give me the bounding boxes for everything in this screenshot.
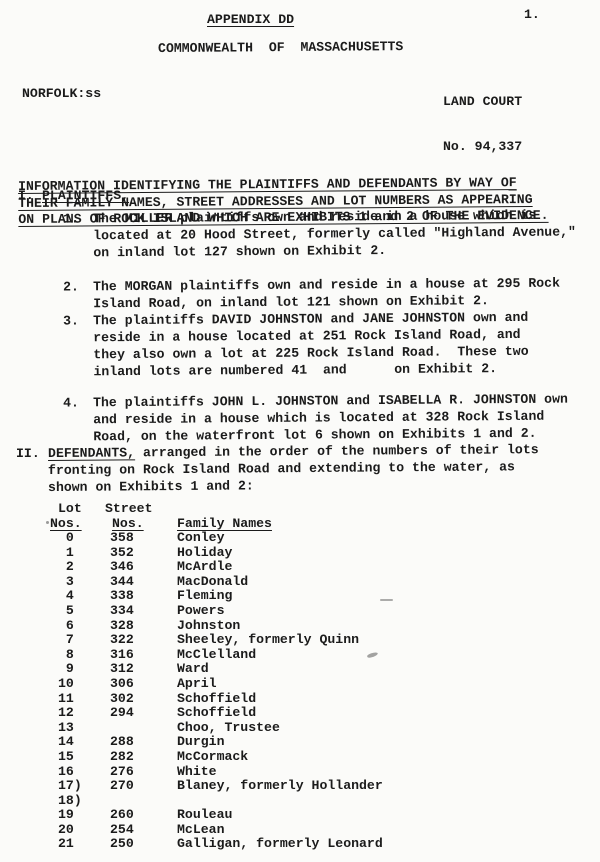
cell-family-name: MacDonald	[177, 575, 248, 590]
table-row: 3 344 MacDonald	[0, 575, 600, 590]
cell-lot-number: 7	[58, 633, 74, 648]
table-header-street-line2: Nos.	[112, 516, 144, 531]
list-item-line: on inland lot 127 shown on Exhibit 2.	[93, 240, 576, 261]
cell-lot-number: 6	[58, 619, 74, 634]
cell-street-number: 334	[110, 604, 134, 619]
table-row: 6 328 Johnston	[0, 619, 600, 634]
table-row: 7 322 Sheeley, formerly Quinn	[0, 633, 600, 648]
table-row: 14 288 Durgin	[0, 735, 600, 750]
table-row: 12 294 Schoffield	[0, 706, 600, 721]
cell-family-name: Durgin	[177, 735, 224, 750]
county-label: NORFOLK:ss	[22, 85, 101, 102]
table-header-family-names: Family Names	[177, 516, 272, 531]
cell-street-number: 288	[110, 735, 134, 750]
list-item-line: inland lots are numbered 41 and on Exhib…	[93, 360, 528, 380]
scanned-document-page: APPENDIX DD 1. COMMONWEALTH OF MASSACHUS…	[0, 0, 600, 862]
table-row: 10 306 April	[0, 677, 600, 692]
table-row: 17) 270 Blaney, formerly Hollander	[0, 779, 600, 794]
cell-family-name: Blaney, formerly Hollander	[177, 779, 383, 794]
court-name: LAND COURT	[443, 94, 522, 109]
cell-street-number: 316	[110, 648, 134, 663]
table-row: 1 352 Holiday	[0, 546, 600, 561]
cell-street-number: 306	[110, 677, 134, 692]
cell-lot-number: 18)	[58, 794, 82, 809]
cell-lot-number: 5	[58, 604, 74, 619]
section-2-intro-line-2: fronting on Rock Island Road and extendi…	[48, 458, 515, 479]
table-row: 0 358 Conley	[0, 531, 600, 546]
cell-street-number: 358	[110, 531, 134, 546]
cell-street-number: 346	[110, 560, 134, 575]
scan-smudge	[46, 521, 49, 524]
cell-lot-number: 16	[58, 765, 74, 780]
table-header-street-line1: Street	[105, 501, 152, 516]
page-title: APPENDIX DD	[207, 11, 294, 28]
list-item-number: 4.	[63, 394, 79, 411]
cell-lot-number: 15	[58, 750, 74, 765]
cell-family-name: Rouleau	[177, 808, 232, 823]
cell-street-number: 250	[110, 837, 134, 852]
cell-family-name: April	[177, 677, 217, 692]
cell-family-name: McLean	[177, 823, 224, 838]
cell-family-name: Holiday	[177, 546, 232, 561]
cell-lot-number: 11	[58, 692, 74, 707]
cell-lot-number: 3	[58, 575, 74, 590]
cell-lot-number: 8	[58, 648, 74, 663]
cell-family-name: McClelland	[177, 648, 256, 663]
table-row: 5 334 Powers	[0, 604, 600, 619]
section-1-title: PLAINTIFFS,	[42, 187, 129, 204]
cell-street-number: 254	[110, 823, 134, 838]
section-2-numeral: II.	[16, 445, 40, 462]
cell-lot-number: 14	[58, 735, 74, 750]
cell-street-number: 302	[110, 692, 134, 707]
cell-lot-number: 10	[58, 677, 74, 692]
cell-family-name: Conley	[177, 531, 224, 546]
cell-lot-number: 1	[58, 546, 74, 561]
table-row: 9 312 Ward	[0, 662, 600, 677]
list-item-number: 2.	[63, 278, 79, 295]
cell-lot-number: 9	[58, 662, 74, 677]
cell-street-number: 270	[110, 779, 134, 794]
cell-lot-number: 12	[58, 706, 74, 721]
page-number: 1.	[524, 6, 540, 23]
cell-street-number: 338	[110, 589, 134, 604]
section-2-intro-line-3: shown on Exhibits 1 and 2:	[48, 477, 254, 496]
cell-lot-number: 13	[58, 721, 74, 736]
cell-lot-number: 2	[58, 560, 74, 575]
cell-family-name: White	[177, 765, 217, 780]
cell-family-name: McCormack	[177, 750, 248, 765]
table-row: 11 302 Schoffield	[0, 692, 600, 707]
cell-family-name: Powers	[177, 604, 224, 619]
section-2-intro-rest: arranged in the order of the numbers of …	[135, 442, 539, 460]
cell-lot-number: 19	[58, 808, 74, 823]
cell-street-number: 294	[110, 706, 134, 721]
cell-street-number: 322	[110, 633, 134, 648]
cell-family-name: Fleming	[177, 589, 232, 604]
table-row: 8 316 McClelland	[0, 648, 600, 663]
plaintiff-item-2: 2. The MORGAN plaintiffs own and reside …	[0, 274, 600, 279]
cell-family-name: Johnston	[177, 619, 240, 634]
cell-family-name: Choo, Trustee	[177, 721, 280, 736]
table-header-lot-line2: Nos.	[50, 516, 82, 531]
cell-lot-number: 20	[58, 823, 74, 838]
table-row: 4 338 Fleming	[0, 589, 600, 604]
cell-street-number: 352	[110, 546, 134, 561]
cell-street-number: 260	[110, 808, 134, 823]
section-2-title: DEFENDANTS,	[48, 445, 135, 461]
list-item-number: 3.	[63, 312, 79, 329]
table-row: 18)	[0, 794, 600, 809]
cell-lot-number: 21	[58, 837, 74, 852]
table-row: 2 346 McArdle	[0, 560, 600, 575]
cell-street-number: 312	[110, 662, 134, 677]
cell-lot-number: 0	[58, 531, 74, 546]
cell-family-name: Schoffield	[177, 692, 256, 707]
cell-family-name: Ward	[177, 662, 209, 677]
table-row: 16 276 White	[0, 765, 600, 780]
section-1-numeral: I.	[18, 187, 34, 204]
table-row: 21 250 Galligan, formerly Leonard	[0, 837, 600, 852]
table-row: 20 254 McLean	[0, 823, 600, 838]
table-row: 19 260 Rouleau	[0, 808, 600, 823]
cell-family-name: Galligan, formerly Leonard	[177, 837, 383, 852]
defendants-table: 0 358 Conley 1 352 Holiday 2 346 McArdle…	[0, 531, 600, 852]
cell-family-name: Schoffield	[177, 706, 256, 721]
cell-street-number: 328	[110, 619, 134, 634]
cell-street-number: 276	[110, 765, 134, 780]
cell-street-number: 282	[110, 750, 134, 765]
table-header-lot-line1: Lot	[58, 501, 82, 516]
scan-smudge	[380, 599, 393, 601]
table-row: 15 282 McCormack	[0, 750, 600, 765]
plaintiff-item-4: 4. The plaintiffs JOHN L. JOHNSTON and I…	[0, 390, 600, 395]
commonwealth-line: COMMONWEALTH OF MASSACHUSETTS	[158, 38, 403, 57]
cell-family-name: McArdle	[177, 560, 232, 575]
table-row: 13 Choo, Trustee	[0, 721, 600, 736]
cell-street-number: 344	[110, 575, 134, 590]
list-item-number: 1.	[63, 210, 79, 227]
cell-family-name: Sheeley, formerly Quinn	[177, 633, 359, 648]
cell-lot-number: 17)	[58, 779, 82, 794]
cell-lot-number: 4	[58, 589, 74, 604]
